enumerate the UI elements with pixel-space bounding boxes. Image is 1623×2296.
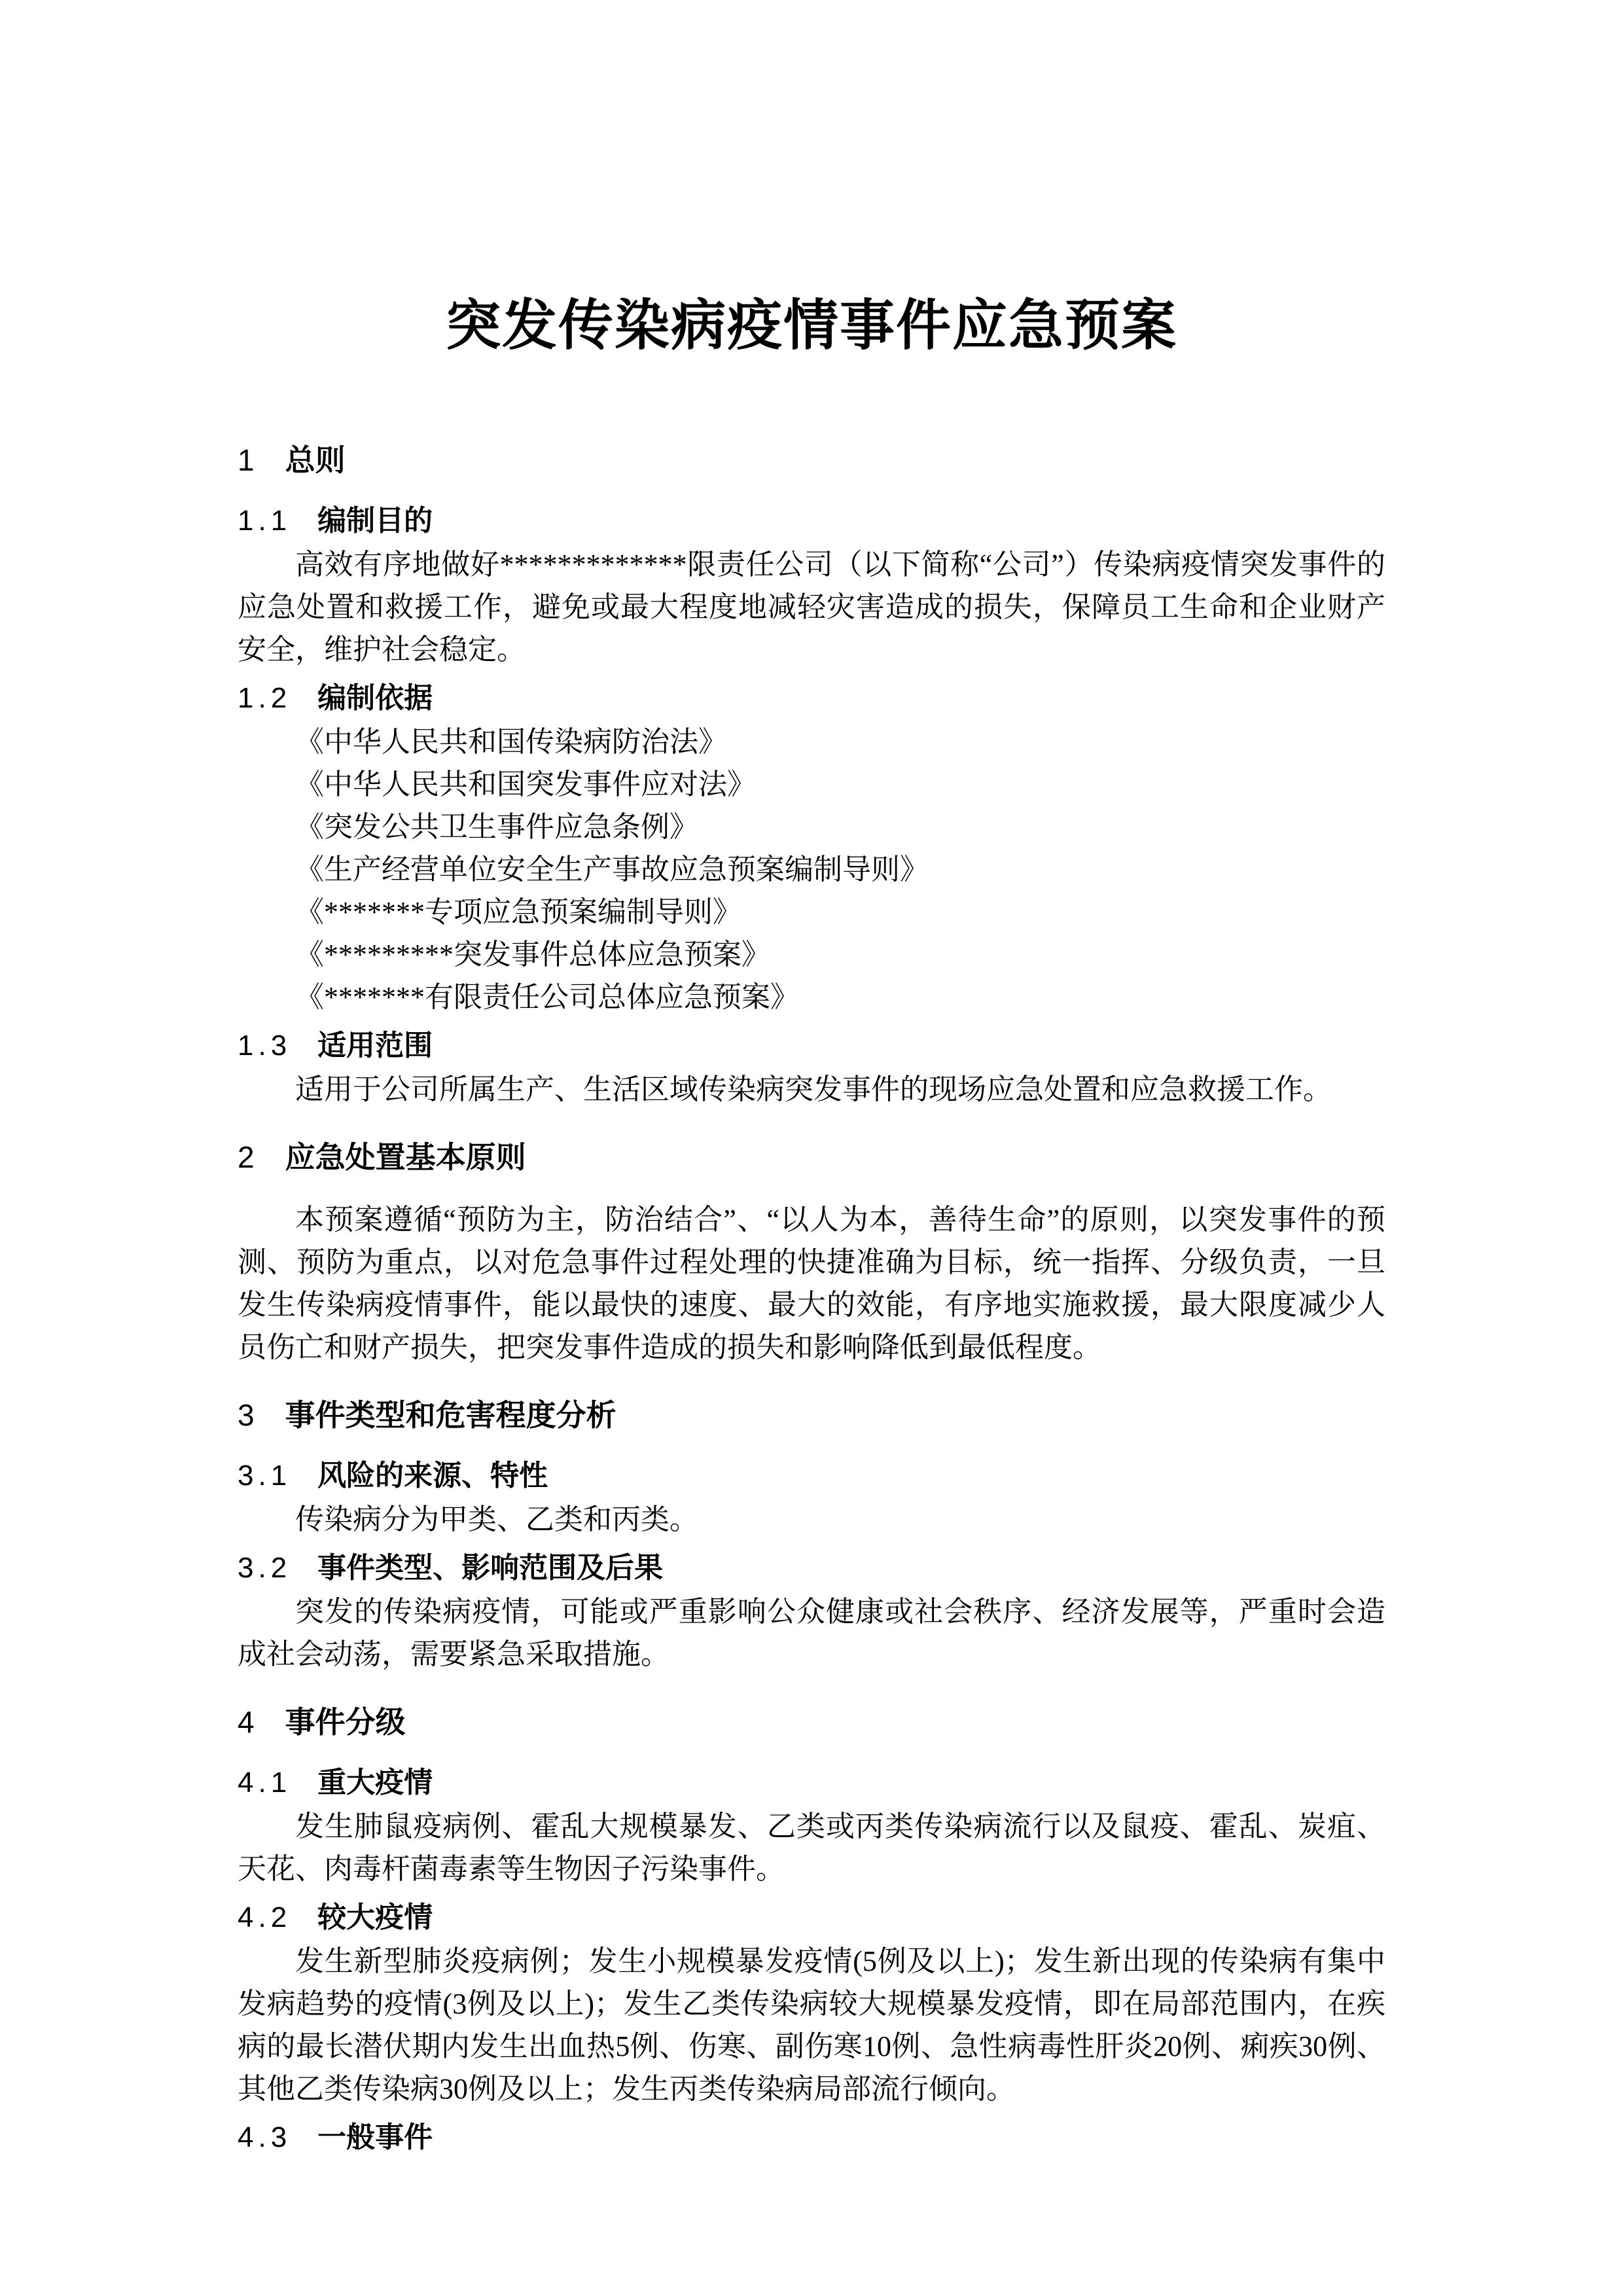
section-1-1-title: 编制目的	[317, 505, 433, 537]
section-3-2-paragraph: 突发的传染病疫情，可能或严重影响公众健康或社会秩序、经济发展等，严重时会造成社会…	[238, 1590, 1385, 1676]
section-3-1-number: 3.1	[238, 1460, 291, 1492]
section-2-number: 2	[238, 1140, 259, 1174]
section-1-2-title: 编制依据	[317, 682, 433, 714]
reference-item: 《*******有限责任公司总体应急预案》	[238, 976, 1385, 1018]
section-4-heading: 4事件分级	[238, 1702, 1385, 1742]
reference-item: 《中华人民共和国传染病防治法》	[238, 721, 1385, 763]
document-page: 突发传染病疫情事件应急预案 1总则 1.1编制目的 高效有序地做好*******…	[0, 0, 1623, 2296]
section-4-2-number: 4.2	[238, 1901, 291, 1933]
section-1-3-title: 适用范围	[317, 1030, 433, 1062]
section-3-heading: 3事件类型和危害程度分析	[238, 1395, 1385, 1435]
section-1-3-number: 1.3	[238, 1030, 291, 1062]
section-2-paragraph: 本预案遵循“预防为主，防治结合”、“以人为本，善待生命”的原则，以突发事件的预测…	[238, 1198, 1385, 1369]
section-4-1-heading: 4.1重大疫情	[238, 1763, 1385, 1803]
section-2-title: 应急处置基本原则	[285, 1140, 526, 1174]
section-4-1-title: 重大疫情	[317, 1767, 433, 1799]
section-4-1-paragraph: 发生肺鼠疫病例、霍乱大规模暴发、乙类或丙类传染病流行以及鼠疫、霍乱、炭疽、天花、…	[238, 1805, 1385, 1890]
section-3-2-number: 3.2	[238, 1552, 291, 1584]
reference-item: 《中华人民共和国突发事件应对法》	[238, 763, 1385, 806]
reference-item: 《*********突发事件总体应急预案》	[238, 933, 1385, 976]
section-3-title: 事件类型和危害程度分析	[285, 1398, 616, 1432]
section-4-2-title: 较大疫情	[317, 1901, 433, 1933]
section-1-1-paragraph: 高效有序地做好*************限责任公司（以下简称“公司”）传染病疫情…	[238, 543, 1385, 671]
section-3-2-heading: 3.2事件类型、影响范围及后果	[238, 1549, 1385, 1588]
section-4-number: 4	[238, 1705, 259, 1739]
section-2-heading: 2应急处置基本原则	[238, 1137, 1385, 1177]
reference-item: 《生产经营单位安全生产事故应急预案编制导则》	[238, 848, 1385, 891]
section-1-heading: 1总则	[238, 440, 1385, 480]
section-1-3-paragraph: 适用于公司所属生产、生活区域传染病突发事件的现场应急处置和应急救援工作。	[238, 1068, 1385, 1111]
section-1-1-number: 1.1	[238, 505, 291, 537]
section-4-2-paragraph: 发生新型肺炎疫病例；发生小规模暴发疫情(5例及以上)；发生新出现的传染病有集中发…	[238, 1940, 1385, 2110]
section-3-number: 3	[238, 1398, 259, 1432]
section-4-2-heading: 4.2较大疫情	[238, 1898, 1385, 1937]
document-title: 突发传染病疫情事件应急预案	[238, 288, 1385, 363]
section-4-3-title: 一般事件	[317, 2121, 433, 2153]
section-1-title: 总则	[285, 443, 346, 477]
section-1-1-heading: 1.1编制目的	[238, 501, 1385, 541]
reference-item: 《突发公共卫生事件应急条例》	[238, 806, 1385, 848]
reference-item: 《*******专项应急预案编制导则》	[238, 891, 1385, 933]
section-3-1-paragraph: 传染病分为甲类、乙类和丙类。	[238, 1498, 1385, 1541]
section-1-3-heading: 1.3适用范围	[238, 1026, 1385, 1066]
section-4-title: 事件分级	[285, 1705, 406, 1739]
section-3-1-heading: 3.1风险的来源、特性	[238, 1456, 1385, 1496]
section-1-2-heading: 1.2编制依据	[238, 679, 1385, 718]
section-1-2-number: 1.2	[238, 682, 291, 714]
section-4-3-number: 4.3	[238, 2121, 291, 2153]
section-4-1-number: 4.1	[238, 1767, 291, 1799]
section-3-2-title: 事件类型、影响范围及后果	[317, 1552, 663, 1584]
section-4-3-heading: 4.3一般事件	[238, 2118, 1385, 2157]
section-3-1-title: 风险的来源、特性	[317, 1460, 548, 1492]
section-1-number: 1	[238, 443, 259, 477]
